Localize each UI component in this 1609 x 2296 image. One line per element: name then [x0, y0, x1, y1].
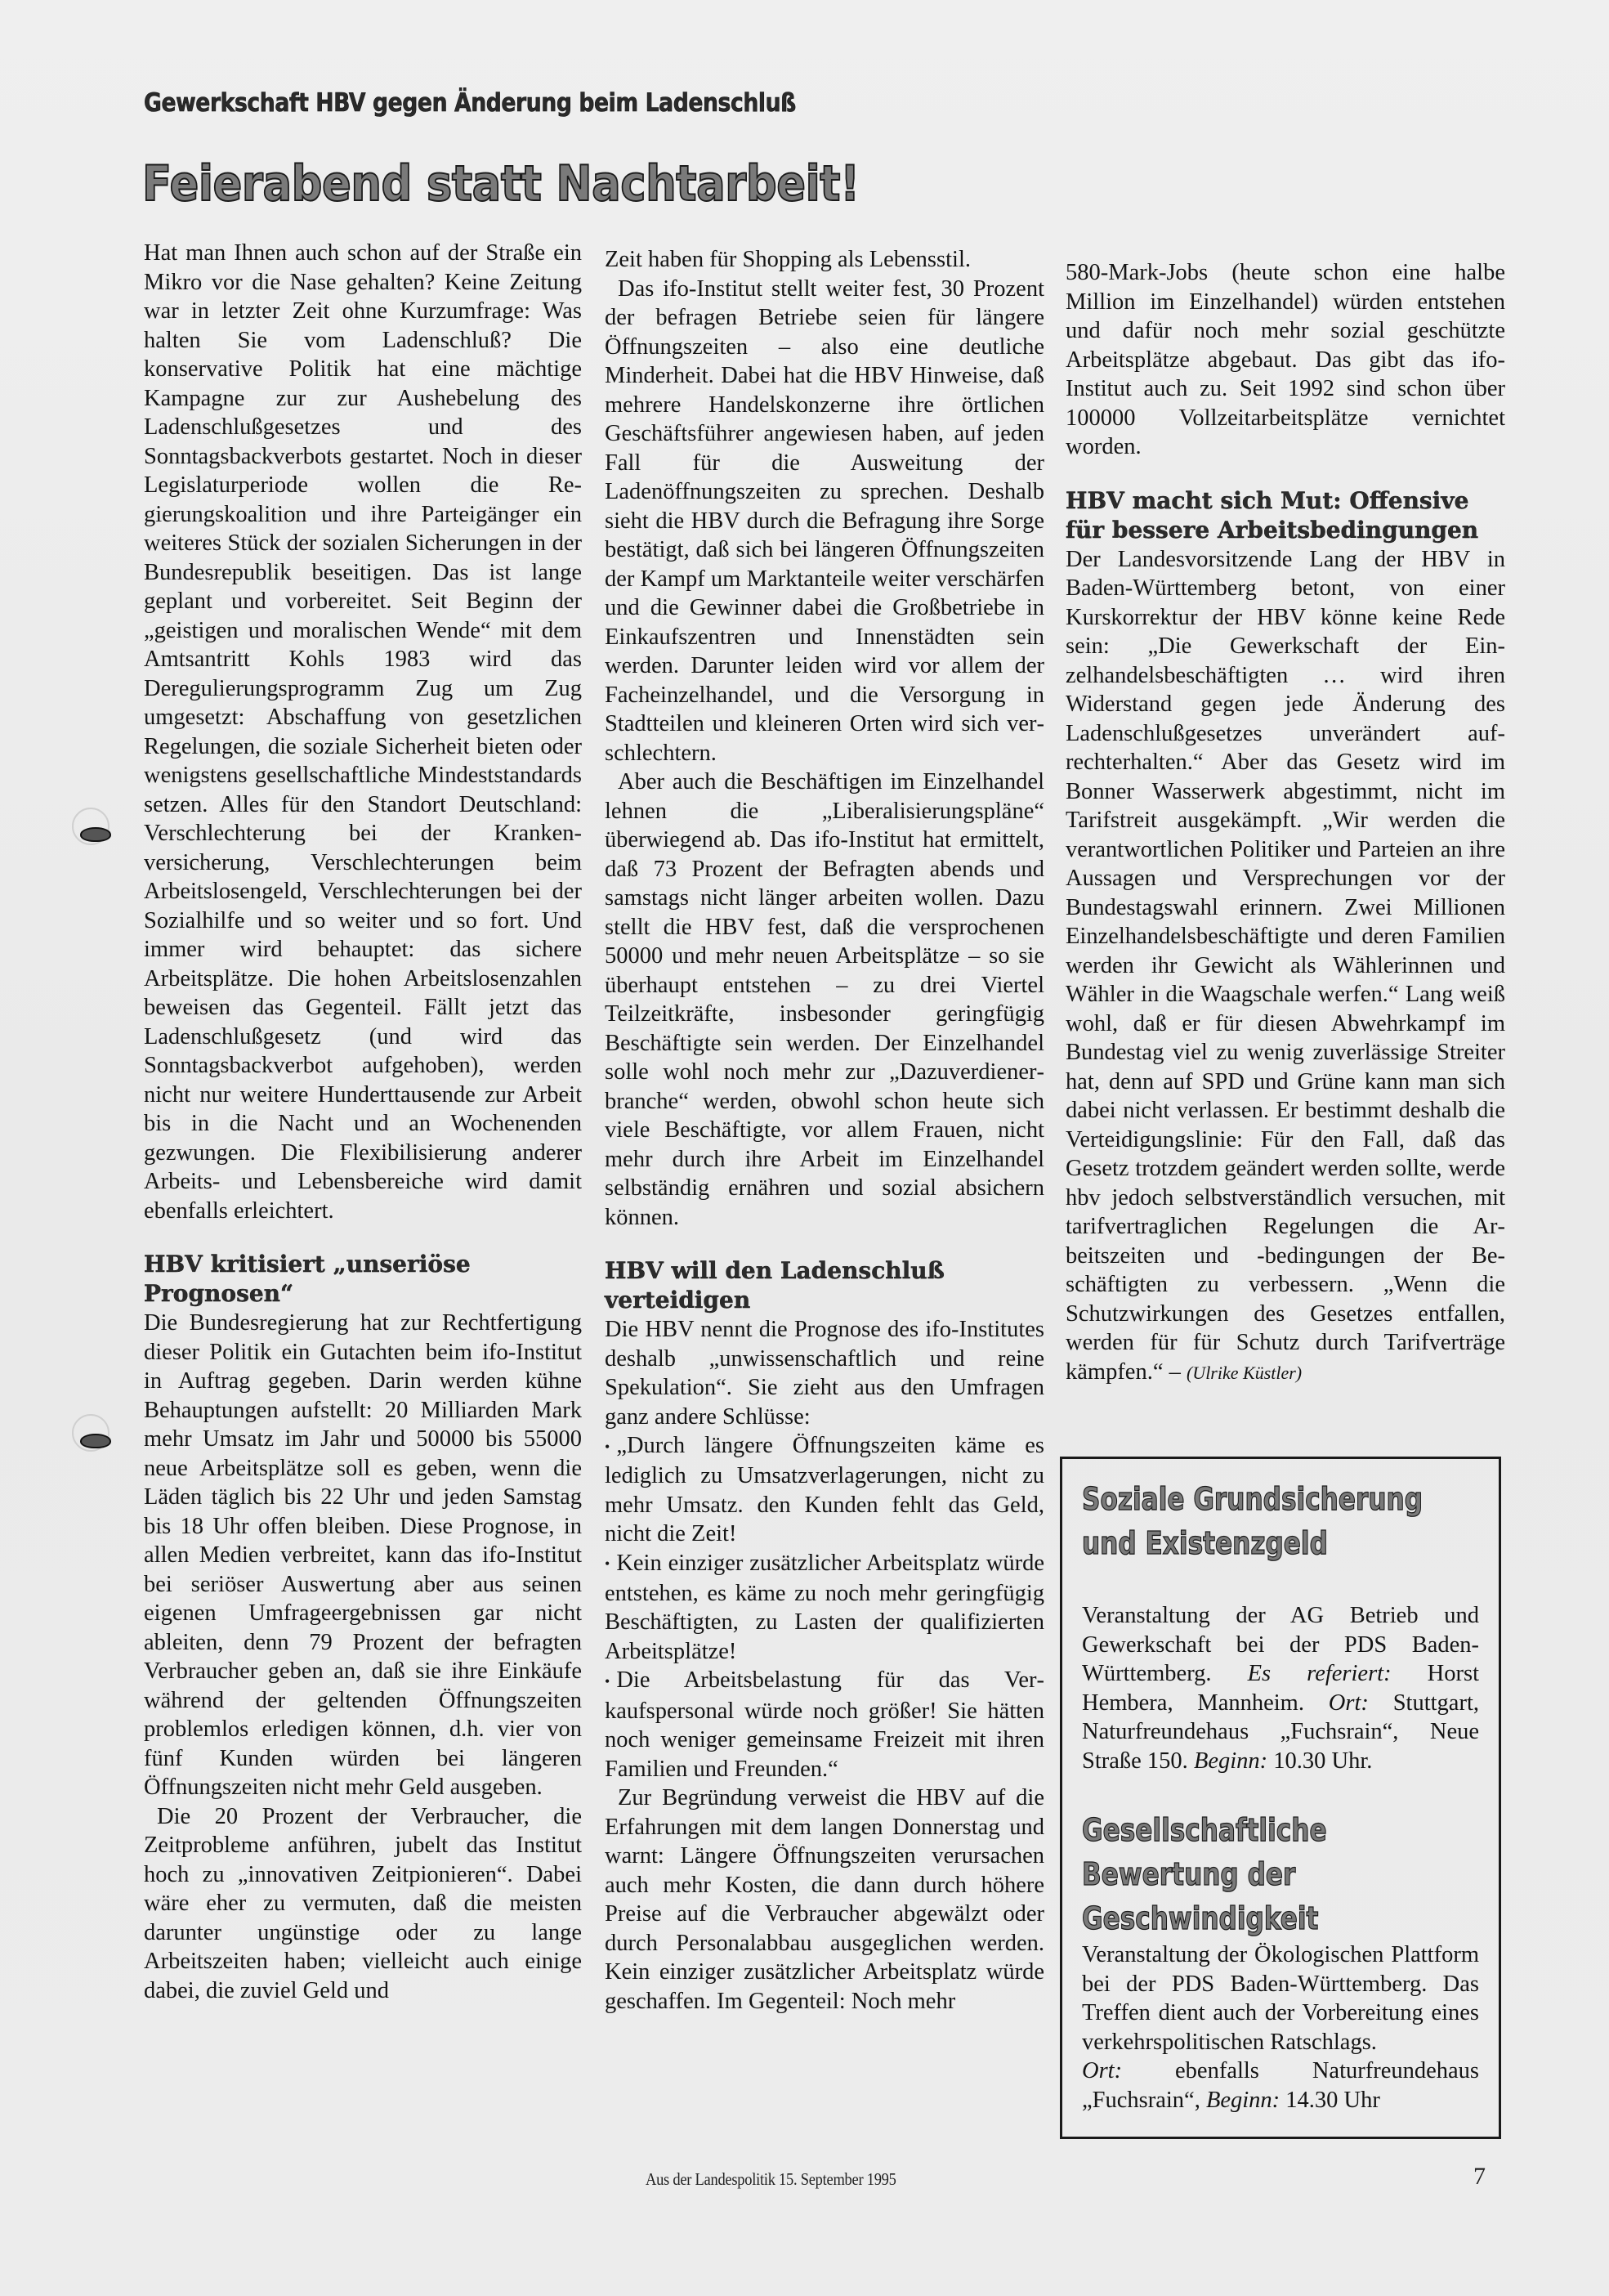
author-byline: (Ulrike Küstler): [1187, 1363, 1302, 1383]
section-subheading: HBV macht sich Mut: Offensive für besser…: [1066, 486, 1505, 545]
paragraph: Der Landesvorsitzende Lang der HBV in Ba…: [1066, 545, 1505, 1388]
event-title: Gesellschaftliche Bewertung der Geschwin…: [1082, 1808, 1479, 1940]
bullet-item: •„Durch längere Öffnungszeiten käme es l…: [605, 1431, 1044, 1549]
bullet-icon: •: [605, 1439, 610, 1455]
publication-footer: Aus der Landespolitik 15. September 1995: [646, 2169, 896, 2190]
event-description: Veranstaltung der Ökologischen Plattform…: [1082, 1940, 1479, 2115]
paragraph: Die HBV nennt die Prognose des ifo-In­st…: [605, 1315, 1044, 1431]
paragraph: Die Bundesregierung hat zur Rechtferti­g…: [144, 1309, 582, 1802]
event-description: Veranstaltung der AG Betrieb und Gewerks…: [1082, 1601, 1479, 1775]
section-subheading: HBV will den Ladenschluß verteidigen: [605, 1256, 1044, 1315]
article-column-3: 580-Mark-Jobs (heute schon eine halbe Mi…: [1066, 258, 1505, 1387]
article-kicker: Gewerkschaft HBV gegen Änderung beim Lad…: [144, 88, 796, 118]
paragraph: 580-Mark-Jobs (heute schon eine halbe Mi…: [1066, 258, 1505, 462]
paragraph: Aber auch die Beschäftigen im Einzel­han…: [605, 768, 1044, 1232]
article-column-2: Zeit haben für Shopping als Lebensstil. …: [605, 245, 1044, 2016]
paragraph: Zur Begründung verweist die HBV auf die …: [605, 1784, 1044, 2016]
event-title: Soziale Grundsicherung und Existenzgeld: [1082, 1477, 1479, 1565]
scanned-page: Gewerkschaft HBV gegen Änderung beim Lad…: [0, 0, 1609, 2296]
section-subheading: HBV kritisiert „unseriöse Prognosen“: [144, 1250, 582, 1309]
page-number: 7: [1473, 2163, 1486, 2191]
punch-hole-mark: [72, 1414, 110, 1452]
paragraph: Die 20 Prozent der Verbraucher, die Zeit…: [144, 1802, 582, 2006]
paragraph: Das ifo-Institut stellt weiter fest, 30 …: [605, 275, 1044, 768]
event-announcement-box: Soziale Grundsicherung und Existenzgeld …: [1060, 1457, 1501, 2139]
paragraph: Hat man Ihnen auch schon auf der Straße …: [144, 239, 582, 1225]
article-column-1: Hat man Ihnen auch schon auf der Straße …: [144, 239, 582, 2005]
paragraph: Zeit haben für Shopping als Lebensstil.: [605, 245, 1044, 275]
bullet-item: •Kein einziger zusätzlicher Arbeitsplatz…: [605, 1549, 1044, 1667]
bullet-icon: •: [605, 1673, 610, 1690]
punch-hole-mark: [72, 808, 110, 845]
bullet-item: •Die Arbeitsbelastung für das Ver­kaufsp…: [605, 1666, 1044, 1784]
bullet-icon: •: [605, 1555, 610, 1572]
article-headline: Feierabend statt Nachtarbeit!: [142, 155, 860, 213]
